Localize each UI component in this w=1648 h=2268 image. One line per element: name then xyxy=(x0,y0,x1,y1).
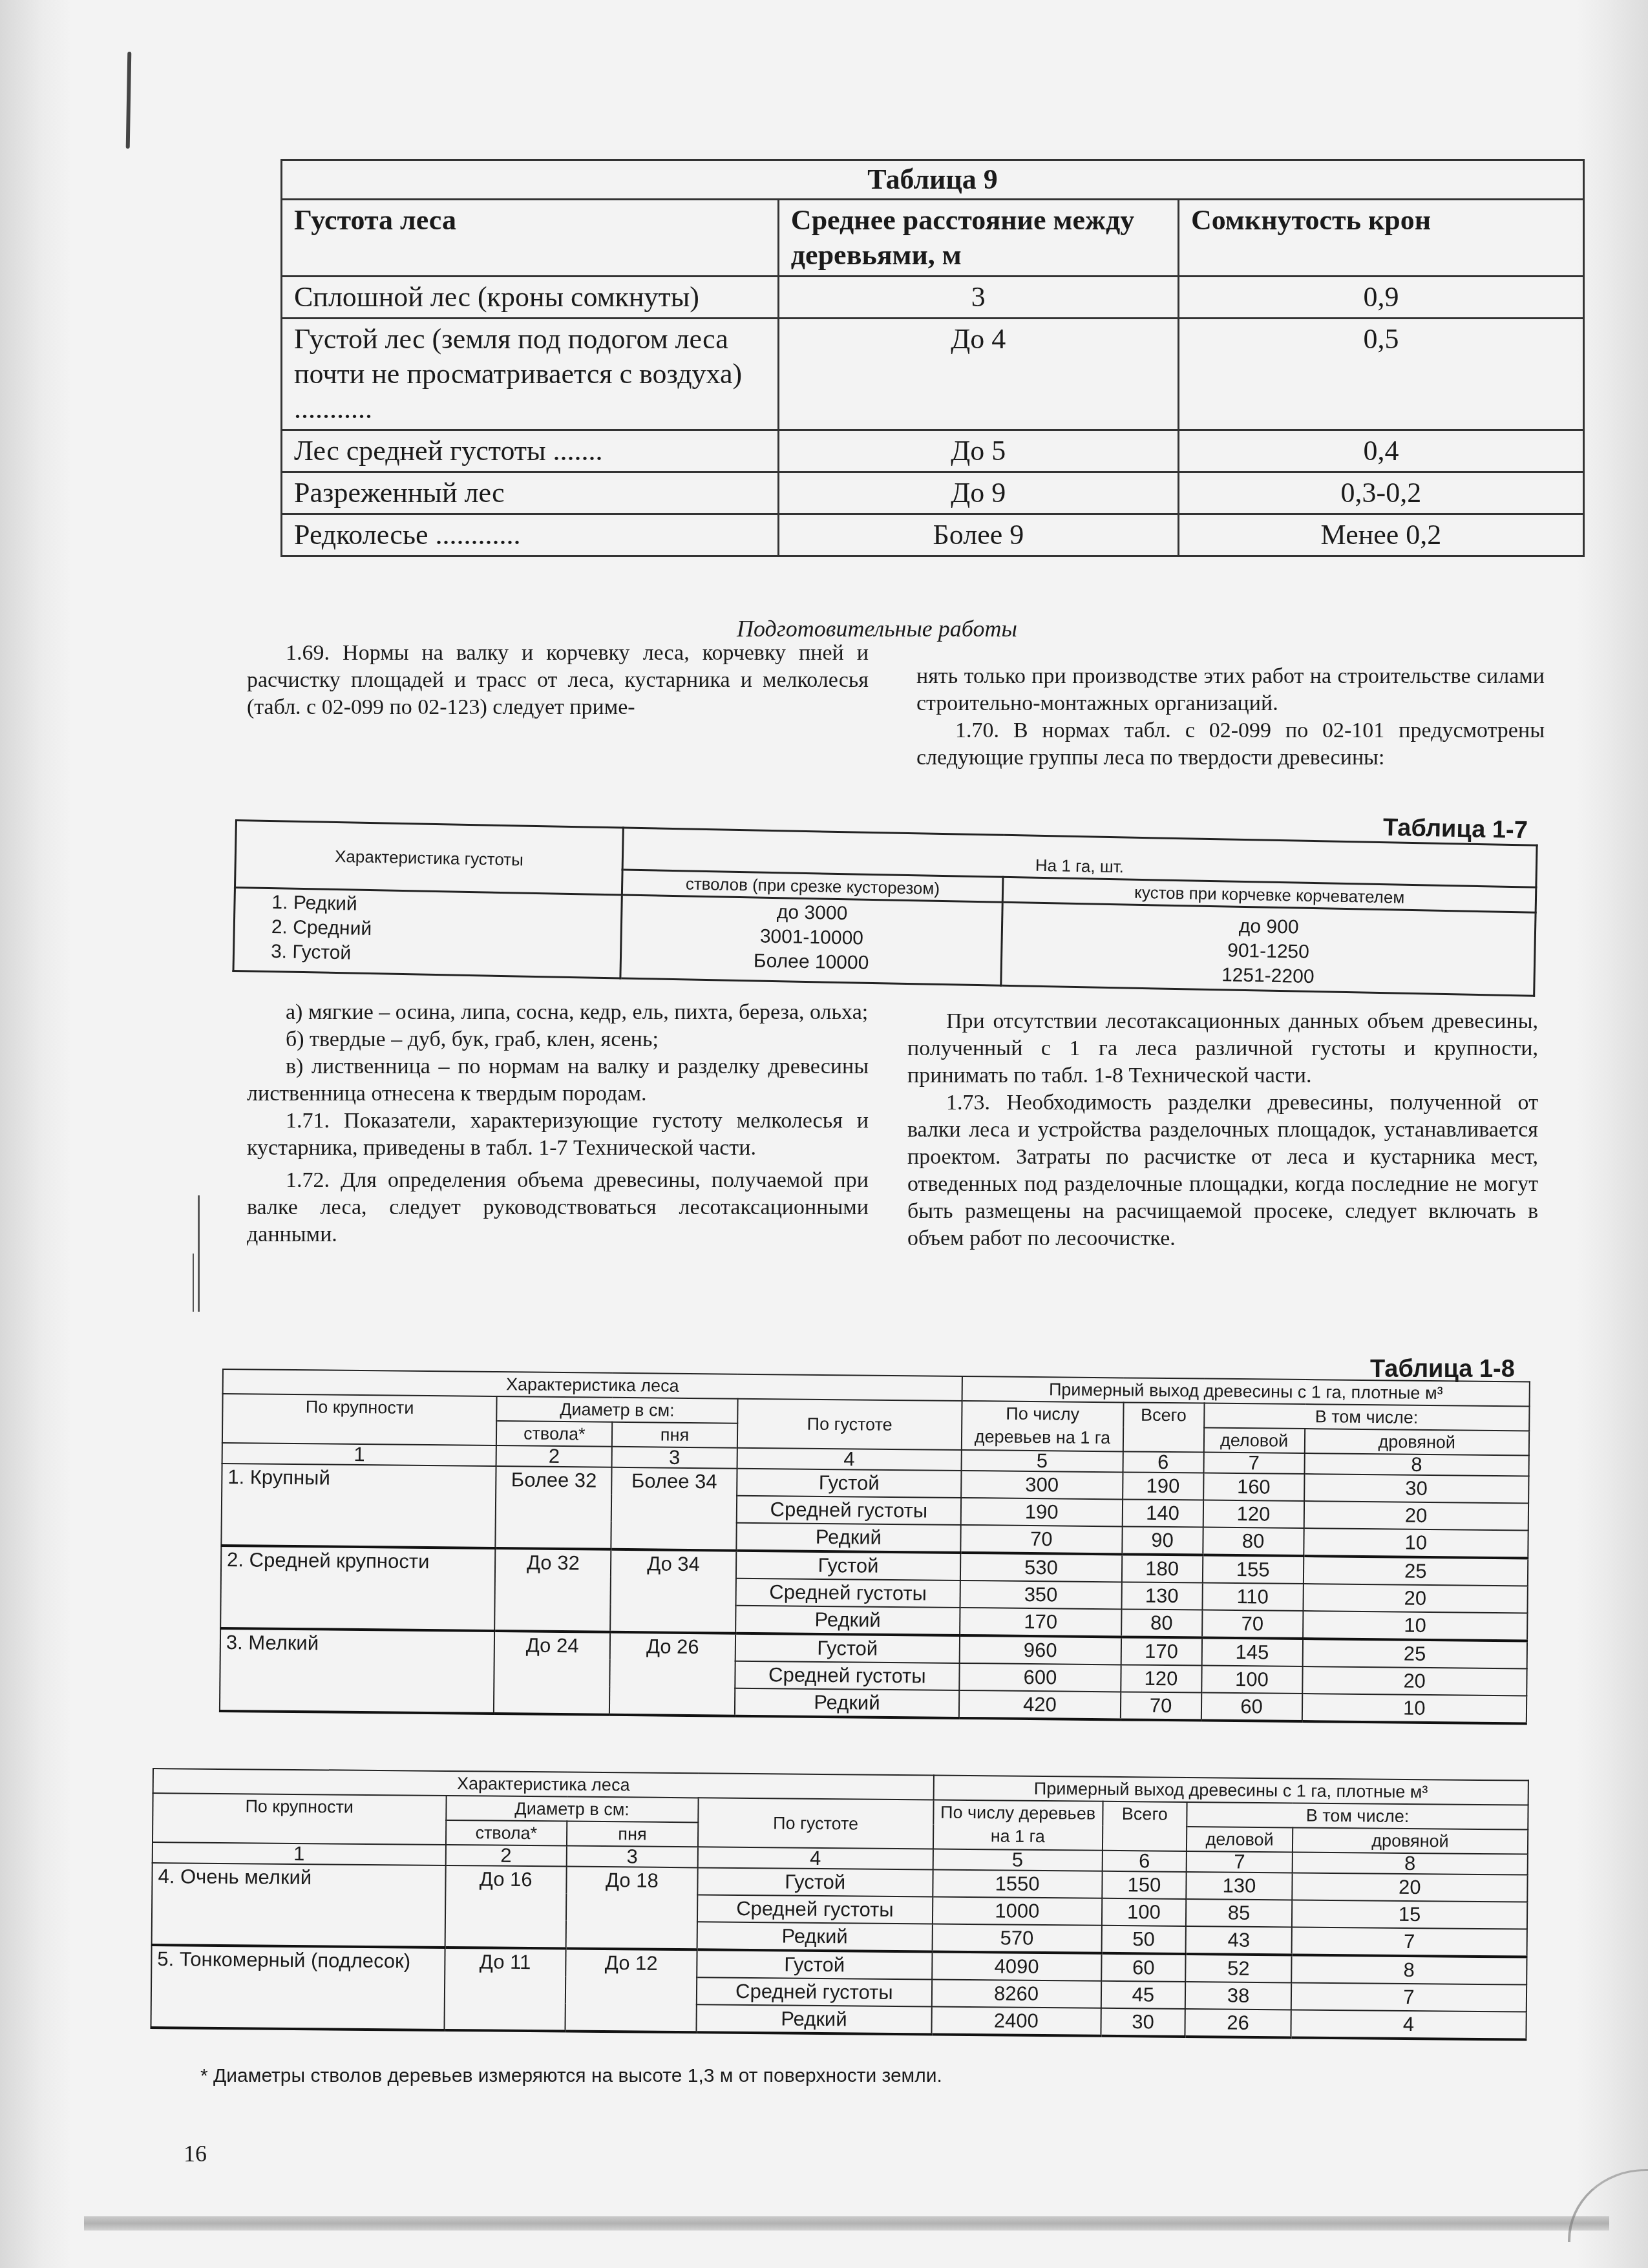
cell-total: 50 xyxy=(1101,1926,1186,1954)
header-total: Всего xyxy=(1102,1801,1187,1851)
cell-stump-diameter: До 26 xyxy=(609,1632,735,1716)
footnote: * Диаметры стволов деревьев измеряются н… xyxy=(200,2065,942,2087)
cell-size: 5. Тонкомерный (подлесок) xyxy=(151,1945,445,2030)
cell-firewood: 20 xyxy=(1303,1584,1528,1613)
table-row: Сплошной лес (кроны сомкнуты)30,9 xyxy=(282,277,1584,319)
cell-trunk-diameter: До 32 xyxy=(494,1548,611,1632)
scan-shadow-right xyxy=(1577,0,1648,2268)
header-firewood: дровяной xyxy=(1293,1827,1528,1854)
cell-business: 52 xyxy=(1185,1954,1291,1982)
header-density: По густоте xyxy=(737,1399,962,1450)
cell-density: Редкий xyxy=(735,1688,960,1718)
cell-firewood: 4 xyxy=(1291,2010,1527,2039)
cell-density: Средней густоты xyxy=(697,1895,933,1924)
item-b: б) твердые – дуб, бук, граб, клен, ясень… xyxy=(247,1026,869,1053)
cell-density: Лес средней густоты ....... xyxy=(282,430,779,472)
cell-business: 26 xyxy=(1185,2009,1291,2037)
trunk-values: до 30003001-10000Более 10000 xyxy=(620,895,1002,985)
cell-business: 110 xyxy=(1202,1583,1303,1611)
cell-count: 2400 xyxy=(931,2007,1101,2036)
cell-density: Густой xyxy=(735,1633,960,1663)
column-number: 2 xyxy=(445,1845,567,1867)
cell-density: Средней густоты xyxy=(735,1579,960,1608)
cell-density: Средней густоты xyxy=(735,1661,960,1690)
paragraph-1-71: 1.71. Показатели, характеризующие густот… xyxy=(247,1108,869,1162)
table-1-8-continued: Характеристика лесаПримерный выход древе… xyxy=(150,1768,1528,2041)
cell-total: 150 xyxy=(1102,1871,1187,1899)
table-1-7: Характеристика густоты На 1 га, шт. ство… xyxy=(232,819,1537,997)
paragraph-1-69: 1.69. Нормы на валку и корчевку леса, ко… xyxy=(247,640,869,721)
cell-density: Густой xyxy=(697,1867,933,1896)
cell-business: 160 xyxy=(1203,1473,1304,1501)
cell-count: 1550 xyxy=(933,1870,1102,1898)
paragraph-1-73: 1.73. Необходимость разделки древесины, … xyxy=(907,1089,1538,1252)
cell-business: 38 xyxy=(1185,1982,1291,2010)
cell-total: 30 xyxy=(1101,2008,1185,2037)
table-row: Разреженный лесДо 90,3-0,2 xyxy=(282,472,1584,514)
cell-total: 180 xyxy=(1122,1554,1203,1582)
cell-size: 1. Крупный xyxy=(221,1464,496,1548)
item-c: в) лиственница – по нормам на валку и ра… xyxy=(247,1053,869,1108)
cell-count: 960 xyxy=(960,1635,1121,1664)
header-trunk: ствола* xyxy=(445,1820,567,1846)
cell-total: 190 xyxy=(1123,1472,1203,1500)
header-count: По числу деревьев на 1 га xyxy=(962,1401,1123,1451)
cell-total: 70 xyxy=(1121,1692,1201,1720)
cell-business: 130 xyxy=(1187,1872,1293,1900)
paragraph-1-72: 1.72. Для определения объема древесины, … xyxy=(247,1167,869,1248)
cell-distance: 3 xyxy=(778,277,1178,319)
paragraph-1-69-cont: нять только при производстве этих работ … xyxy=(916,663,1545,717)
cell-business: 80 xyxy=(1203,1528,1304,1556)
cell-business: 85 xyxy=(1186,1899,1292,1927)
scan-bottom-edge xyxy=(84,2216,1609,2231)
cell-total: 80 xyxy=(1121,1609,1202,1637)
header-size: По крупности xyxy=(153,1793,446,1845)
cell-business: 70 xyxy=(1202,1610,1303,1639)
density-names: 1. Редкий2. Средний3. Густой xyxy=(233,888,622,978)
col-header-density: Густота леса xyxy=(282,200,779,277)
bush-values: до 900901-12501251-2200 xyxy=(1001,902,1536,996)
column-number: 6 xyxy=(1102,1851,1187,1872)
cell-count: 530 xyxy=(960,1553,1122,1582)
cell-total: 170 xyxy=(1121,1637,1201,1665)
cell-size: 3. Мелкий xyxy=(220,1628,495,1714)
section-title: Подготовительные работы xyxy=(737,615,1017,642)
cell-business: 155 xyxy=(1202,1555,1303,1584)
cell-count: 350 xyxy=(960,1580,1122,1609)
cell-firewood: 25 xyxy=(1303,1556,1528,1586)
header-business: деловой xyxy=(1187,1827,1293,1852)
cell-firewood: 10 xyxy=(1303,1611,1528,1641)
cell-firewood: 20 xyxy=(1304,1501,1528,1530)
cell-trunk-diameter: Более 32 xyxy=(496,1466,612,1549)
column-number: 4 xyxy=(697,1847,933,1869)
column-number: 5 xyxy=(962,1450,1123,1472)
cell-density: Густой лес (земля под подогом леса почти… xyxy=(282,319,779,430)
cell-total: 90 xyxy=(1122,1526,1203,1555)
cell-firewood: 20 xyxy=(1292,1873,1528,1902)
header-stump: пня xyxy=(612,1422,737,1448)
cell-firewood: 15 xyxy=(1292,1900,1528,1929)
column-number: 8 xyxy=(1304,1453,1529,1476)
cell-density: Густой xyxy=(736,1551,961,1580)
column-number: 6 xyxy=(1123,1451,1203,1473)
cell-count: 8260 xyxy=(932,1980,1101,2008)
column-number: 5 xyxy=(933,1849,1103,1871)
cell-density: Средней густоты xyxy=(697,1977,932,2006)
cell-stump-diameter: До 12 xyxy=(565,1949,697,2033)
cell-density: Разреженный лес xyxy=(282,472,779,514)
cell-count: 4090 xyxy=(932,1952,1101,1981)
right-column-text: При отсутствии лесотаксационных данных о… xyxy=(907,1008,1538,1252)
table-9-caption: Таблица 9 xyxy=(282,160,1584,200)
cell-density: Средней густоты xyxy=(736,1496,961,1525)
cell-canopy: 0,4 xyxy=(1178,430,1583,472)
cell-firewood: 20 xyxy=(1302,1666,1527,1696)
cell-count: 600 xyxy=(959,1663,1121,1692)
column-number: 8 xyxy=(1292,1852,1527,1874)
cell-density: Сплошной лес (кроны сомкнуты) xyxy=(282,277,779,319)
header-business: деловой xyxy=(1203,1428,1304,1453)
cell-business: 120 xyxy=(1203,1500,1304,1528)
cell-business: 60 xyxy=(1201,1693,1302,1721)
cell-total: 60 xyxy=(1101,1953,1186,1982)
cell-business: 43 xyxy=(1186,1926,1292,1955)
cell-canopy: 0,3-0,2 xyxy=(1178,472,1583,514)
cell-density: Густой xyxy=(737,1469,962,1498)
table-row: Лес средней густоты .......До 50,4 xyxy=(282,430,1584,472)
table-1-8: Характеристика лесаПримерный выход древе… xyxy=(219,1369,1530,1725)
cell-distance: До 4 xyxy=(778,319,1178,430)
cell-density: Редкий xyxy=(736,1523,961,1553)
pen-mark xyxy=(126,52,132,149)
cell-firewood: 10 xyxy=(1304,1528,1528,1558)
cell-count: 70 xyxy=(960,1525,1122,1554)
table-1-7-caption: Таблица 1-7 xyxy=(1383,814,1528,845)
cell-count: 190 xyxy=(961,1498,1123,1526)
table-row: Густой лес (земля под подогом леса почти… xyxy=(282,319,1584,430)
column-number: 1 xyxy=(222,1443,497,1466)
header-trunk: ствола* xyxy=(496,1421,612,1447)
paragraph-1-70: 1.70. В нормах табл. с 02-099 по 02-101 … xyxy=(916,717,1545,772)
header-diameter: Диаметр в см: xyxy=(446,1796,699,1822)
margin-mark xyxy=(198,1195,200,1312)
header-diameter: Диаметр в см: xyxy=(497,1396,738,1423)
cell-business: 145 xyxy=(1201,1638,1302,1666)
col-header-canopy: Сомкнутость крон xyxy=(1178,200,1583,277)
cell-count: 170 xyxy=(960,1608,1121,1637)
cell-density: Редкий xyxy=(696,2004,931,2034)
scan-shadow-left xyxy=(0,0,71,2268)
right-column-top: нять только при производстве этих работ … xyxy=(916,663,1545,772)
cell-stump-diameter: До 18 xyxy=(566,1867,698,1950)
cell-firewood: 25 xyxy=(1302,1639,1527,1668)
col-header-distance: Среднее расстояние между деревьями, м xyxy=(778,200,1178,277)
cell-total: 130 xyxy=(1121,1582,1202,1610)
cell-stump-diameter: Более 34 xyxy=(611,1467,737,1551)
cell-trunk-diameter: До 11 xyxy=(444,1948,566,2032)
cell-total: 120 xyxy=(1121,1664,1201,1692)
column-number: 3 xyxy=(612,1447,737,1469)
table-row: Редколесье ............Более 9Менее 0,2 xyxy=(282,514,1584,556)
table-9: Таблица 9 Густота леса Среднее расстояни… xyxy=(280,159,1585,557)
header-char: Характеристика густоты xyxy=(235,821,623,895)
header-size: По крупности xyxy=(222,1394,497,1445)
cell-canopy: 0,9 xyxy=(1178,277,1583,319)
cell-total: 45 xyxy=(1101,1981,1185,2009)
column-number: 7 xyxy=(1187,1851,1293,1873)
cell-canopy: 0,5 xyxy=(1178,319,1583,430)
header-including: В том числе: xyxy=(1204,1403,1530,1431)
cell-total: 140 xyxy=(1122,1499,1203,1527)
cell-firewood: 7 xyxy=(1291,1982,1527,2011)
header-firewood: дровяной xyxy=(1304,1429,1529,1455)
cell-count: 420 xyxy=(959,1690,1121,1719)
margin-mark xyxy=(193,1254,194,1312)
cell-count: 1000 xyxy=(933,1897,1102,1926)
column-number: 7 xyxy=(1203,1453,1304,1474)
header-stump: пня xyxy=(567,1822,698,1847)
item-a: а) мягкие – осина, липа, сосна, кедр, ел… xyxy=(247,999,869,1026)
header-total: Всего xyxy=(1123,1402,1205,1452)
cell-firewood: 10 xyxy=(1302,1694,1527,1723)
cell-density: Редкий xyxy=(697,1922,932,1951)
paragraph-absence: При отсутствии лесотаксационных данных о… xyxy=(907,1008,1538,1089)
cell-density: Густой xyxy=(697,1949,932,1979)
column-number: 3 xyxy=(567,1846,698,1868)
header-density: По густоте xyxy=(698,1798,934,1849)
column-number: 1 xyxy=(153,1842,446,1865)
cell-trunk-diameter: До 16 xyxy=(445,1865,567,1949)
cell-size: 4. Очень мелкий xyxy=(152,1863,446,1948)
cell-stump-diameter: До 34 xyxy=(610,1549,736,1633)
cell-count: 300 xyxy=(961,1471,1123,1499)
cell-business: 100 xyxy=(1201,1666,1302,1694)
cell-distance: До 5 xyxy=(778,430,1178,472)
header-count: По числу деревьев на 1 га xyxy=(933,1800,1103,1851)
cell-canopy: Менее 0,2 xyxy=(1178,514,1583,556)
cell-distance: Более 9 xyxy=(778,514,1178,556)
cell-size: 2. Средней крупности xyxy=(220,1546,496,1631)
cell-density: Редкий xyxy=(735,1606,960,1635)
cell-firewood: 7 xyxy=(1291,1927,1527,1957)
cell-density: Редколесье ............ xyxy=(282,514,779,556)
cell-trunk-diameter: До 24 xyxy=(494,1631,610,1715)
cell-firewood: 30 xyxy=(1304,1474,1529,1503)
column-number: 4 xyxy=(737,1448,962,1471)
cell-total: 100 xyxy=(1101,1898,1186,1926)
cell-count: 570 xyxy=(932,1924,1101,1953)
header-including: В том числе: xyxy=(1187,1802,1528,1830)
page-number: 16 xyxy=(184,2140,207,2167)
cell-distance: До 9 xyxy=(778,472,1178,514)
cell-firewood: 8 xyxy=(1291,1955,1527,1984)
left-column-text: а) мягкие – осина, липа, сосна, кедр, ел… xyxy=(247,999,869,1248)
column-number: 2 xyxy=(496,1445,612,1467)
